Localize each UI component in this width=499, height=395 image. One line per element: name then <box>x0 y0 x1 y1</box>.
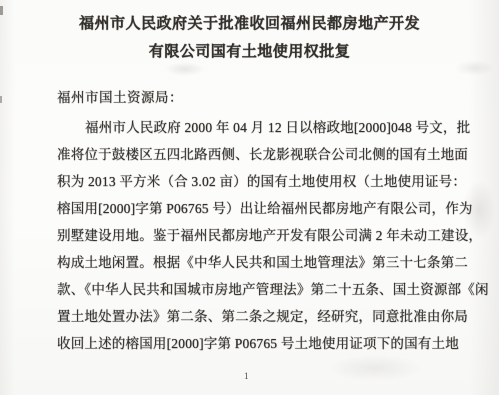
body-line: 榕国用[2000]字第 P06765 号）出让给福州民都房地产有限公司，作为 <box>57 195 467 222</box>
scanned-document-page: 福州市人民政府关于批准收回福州民都房地产开发 有限公司国有土地使用权批复 福州市… <box>0 0 499 395</box>
body-line: 准将位于鼓楼区五四北路西侧、长龙影视联合公司北侧的国有土地面 <box>57 141 467 168</box>
body-line: 置土地处置办法》第二条、第二条之规定，经研究，同意批准由你局 <box>57 303 467 330</box>
body-line: 积为 2013 平方米（合 3.02 亩）的国有土地使用权（土地使用证号： <box>57 168 467 195</box>
title-line-1: 福州市人民政府关于批准收回福州民都房地产开发 <box>0 10 499 38</box>
salutation: 福州市国土资源局： <box>57 88 183 108</box>
scan-smudge <box>330 355 420 381</box>
body-line: 福州市人民政府 2000 年 04 月 12 日以榕政地[2000]048 号文… <box>57 114 467 141</box>
body-line: 收回上述的榕国用[2000]字第 P06765 号土地使用证项下的国有土地 <box>57 330 467 357</box>
document-title: 福州市人民政府关于批准收回福州民都房地产开发 有限公司国有土地使用权批复 <box>0 10 499 66</box>
document-body: 福州市人民政府 2000 年 04 月 12 日以榕政地[2000]048 号文… <box>57 114 467 357</box>
body-line: 别墅建设用地。鉴于福州民都房地产开发有限公司满 2 年未动工建设， <box>57 222 467 249</box>
body-line: 构成土地闲置。根据《中华人民共和国土地管理法》第三十七条第二 <box>57 249 467 276</box>
body-line: 款、《中华人民共和国城市房地产管理法》第二十五条、国土资源部《闲 <box>57 276 467 303</box>
page-number: 1 <box>244 371 249 381</box>
scan-edge-artifact <box>0 96 2 103</box>
title-line-2: 有限公司国有土地使用权批复 <box>0 38 499 66</box>
